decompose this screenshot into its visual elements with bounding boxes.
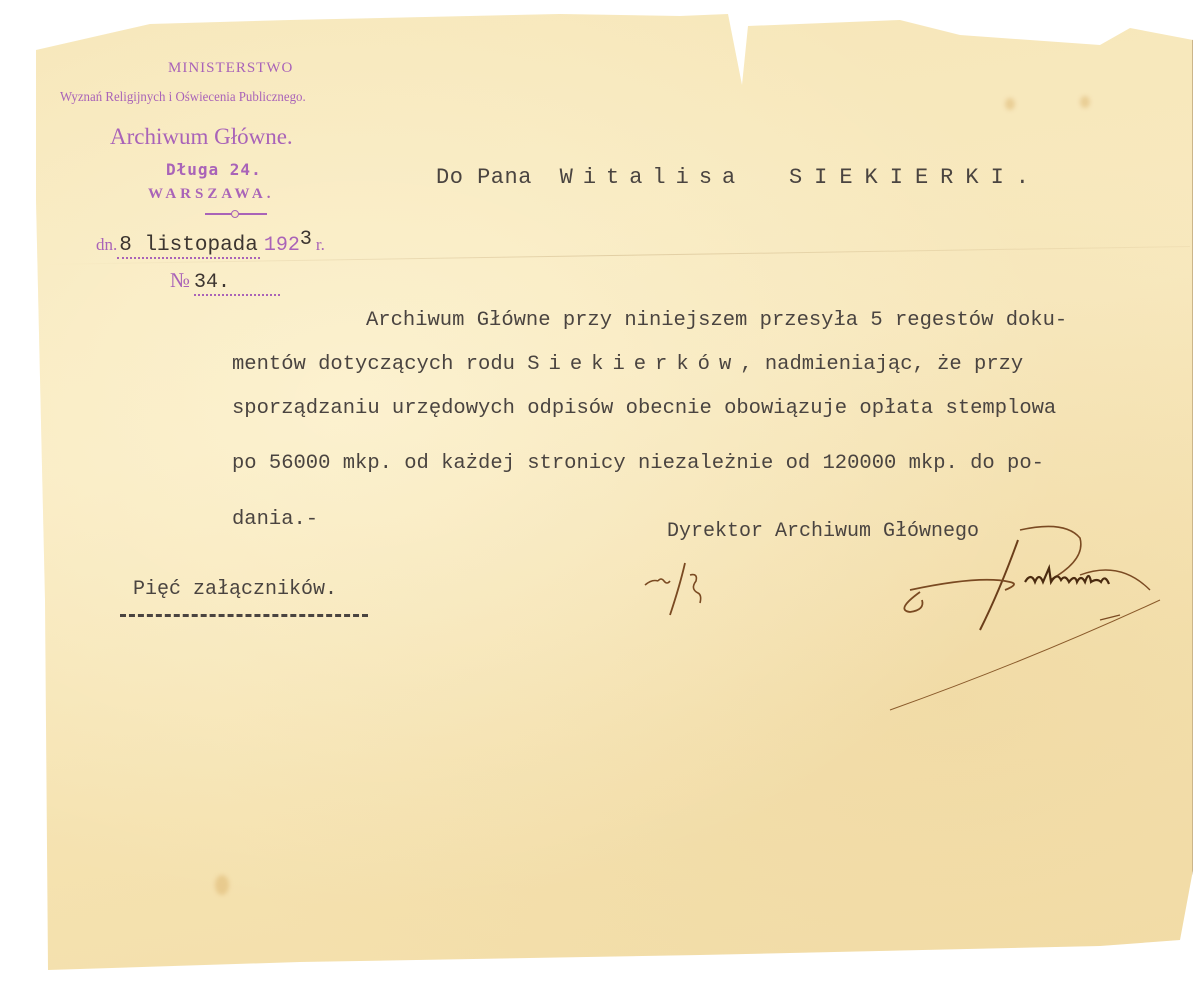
enclosures-note: Pięć załączników. bbox=[133, 578, 337, 601]
body-line-1: Archiwum Główne przy niniejszem przesyła… bbox=[366, 309, 1067, 332]
stamp-department: Wyznań Religijnych i Oświecenia Publiczn… bbox=[60, 90, 306, 106]
stamp-city: WARSZAWA. bbox=[148, 186, 274, 203]
stamp-street: Długa 24. bbox=[166, 160, 262, 179]
numero-sign: № bbox=[170, 268, 190, 292]
stamp-ministry: MINISTERSTWO bbox=[168, 60, 293, 77]
stamp-ornament-divider bbox=[205, 213, 267, 215]
document-date: dn.8 listopada 1923r. bbox=[96, 228, 325, 257]
reference-number: №34. bbox=[170, 268, 280, 294]
paper-sheet bbox=[0, 0, 1193, 1000]
date-value: 8 listopada bbox=[117, 234, 260, 259]
date-prefix: dn. bbox=[96, 235, 117, 254]
family-name-spaced: Siekierków bbox=[527, 353, 740, 376]
date-suffix: r. bbox=[316, 235, 325, 254]
body-line-2: mentów dotyczących rodu Siekierków, nadm… bbox=[232, 353, 1023, 376]
addressee-first-name: Witalisa bbox=[560, 165, 746, 190]
paper-stain bbox=[215, 875, 229, 895]
proxy-mark-handwriting bbox=[640, 555, 730, 635]
director-signature bbox=[880, 520, 1180, 720]
addressee-last-name: SIEKIERKI. bbox=[789, 165, 1041, 190]
reference-number-value: 34. bbox=[194, 271, 280, 296]
body-line-5: dania.- bbox=[232, 508, 318, 531]
stamp-archive-name: Archiwum Główne. bbox=[110, 124, 293, 150]
body-line-2-start: mentów dotyczących rodu bbox=[232, 353, 527, 376]
body-line-3: sporządzaniu urzędowych odpisów obecnie … bbox=[232, 397, 1056, 420]
paper-stain bbox=[1005, 98, 1015, 110]
date-year-prefix: 192 bbox=[264, 234, 300, 257]
date-year-digit: 3 bbox=[300, 228, 312, 251]
enclosures-underline bbox=[120, 614, 368, 617]
body-line-4: po 56000 mkp. od każdej stronicy niezale… bbox=[232, 452, 1044, 475]
salutation: Do Pana bbox=[436, 165, 532, 190]
paper-stain bbox=[1080, 96, 1090, 108]
addressee: Do Pana Witalisa SIEKIERKI. bbox=[436, 165, 1041, 190]
body-line-2-end: , nadmieniając, że przy bbox=[740, 353, 1023, 376]
